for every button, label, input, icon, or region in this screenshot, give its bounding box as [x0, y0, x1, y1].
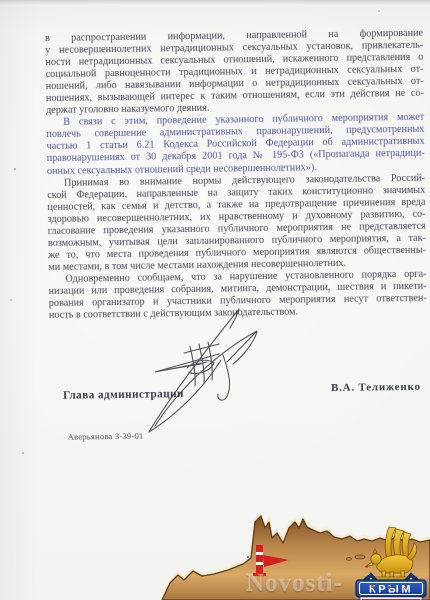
dust-speck	[10, 299, 12, 301]
dust-speck	[14, 168, 16, 170]
svg-text:КРЫМ: КРЫМ	[369, 584, 413, 596]
signature-scribble	[135, 292, 275, 442]
watermark-text: Novosti-	[246, 570, 343, 598]
dust-speck	[247, 556, 249, 558]
krym-griffin-logo: КРЫМ	[352, 518, 430, 600]
dust-speck	[22, 452, 24, 454]
dust-speck	[378, 10, 380, 12]
executor-phone: Аверьянова 3-39-01	[68, 431, 144, 442]
official-name: В.А. Телиженко	[331, 381, 421, 394]
scanned-letter-page: в распространении информации, направленн…	[0, 0, 430, 600]
griffin-icon	[365, 527, 417, 578]
letter-body: в распространении информации, направленн…	[45, 28, 427, 322]
